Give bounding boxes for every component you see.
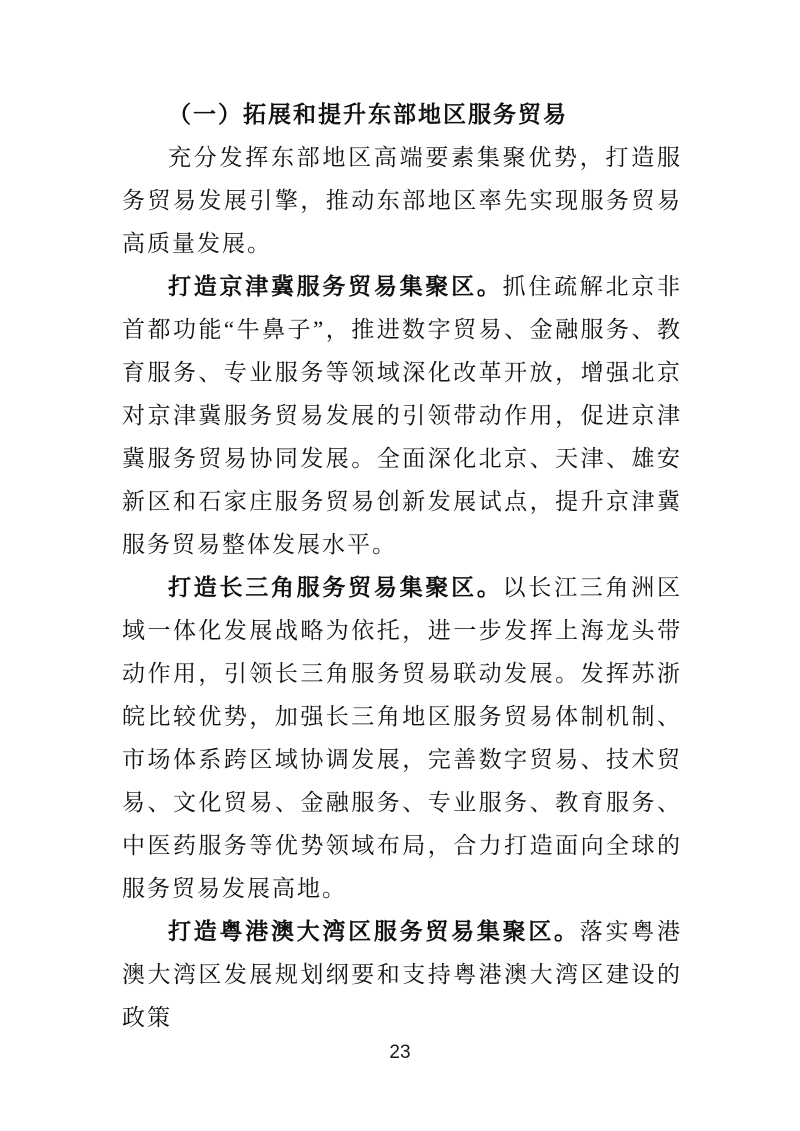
paragraph-text: 充分发挥东部地区高端要素集聚优势，打造服务贸易发展引擎，推动东部地区率先实现服务…	[122, 145, 682, 256]
paragraph: 打造京津冀服务贸易集聚区。抓住疏解北京非首都功能“牛鼻子”，推进数字贸易、金融服…	[122, 265, 682, 566]
section-heading: （一）拓展和提升东部地区服务贸易	[122, 93, 682, 136]
paragraph-lead: 打造长三角服务贸易集聚区。	[168, 575, 503, 600]
paragraph: 打造粤港澳大湾区服务贸易集聚区。落实粤港澳大湾区发展规划纲要和支持粤港澳大湾区建…	[122, 910, 682, 1039]
document-page: （一）拓展和提升东部地区服务贸易 充分发挥东部地区高端要素集聚优势，打造服务贸易…	[0, 0, 800, 1131]
paragraph-lead: 打造京津冀服务贸易集聚区。	[168, 274, 503, 299]
paragraph-lead: 打造粤港澳大湾区服务贸易集聚区。	[168, 919, 580, 944]
page-number: 23	[0, 1042, 800, 1064]
paragraph-text: 以长江三角洲区域一体化发展战略为依托，进一步发挥上海龙头带动作用，引领长三角服务…	[122, 575, 682, 901]
paragraph-text: 抓住疏解北京非首都功能“牛鼻子”，推进数字贸易、金融服务、教育服务、专业服务等领…	[122, 274, 682, 557]
paragraph: 充分发挥东部地区高端要素集聚优势，打造服务贸易发展引擎，推动东部地区率先实现服务…	[122, 136, 682, 265]
paragraph: 打造长三角服务贸易集聚区。以长江三角洲区域一体化发展战略为依托，进一步发挥上海龙…	[122, 566, 682, 910]
